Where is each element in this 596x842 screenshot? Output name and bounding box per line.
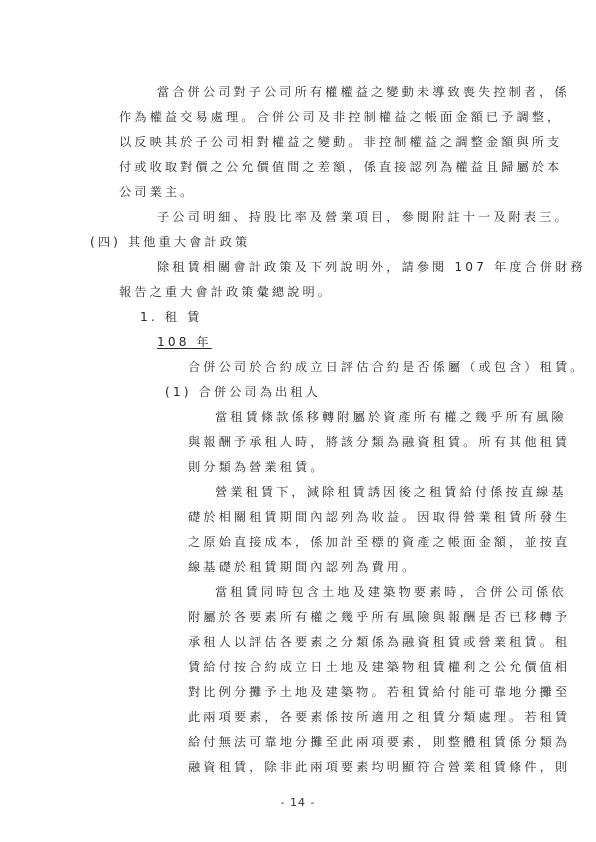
year-heading: 108 年 — [157, 334, 212, 350]
paragraph-7-line-5: 對比例分攤予土地及建築物。若租賃給付能可靠地分攤至 — [188, 684, 570, 700]
paragraph-1-line-4: 付或收取對價之公允價值間之差額，係直接認列為權益且歸屬於本 — [119, 159, 562, 175]
paragraph-5-line-3: 則分類為營業租賃。 — [188, 459, 326, 475]
paragraph-7-line-1: 當租賃同時包含土地及建築物要素時，合併公司係依 — [215, 584, 567, 600]
paragraph-5-line-2: 與報酬予承租人時，將該分類為融資租賃。所有其他租賃 — [188, 434, 570, 450]
paragraph-7-line-4: 賃給付按合約成立日土地及建築物租賃權利之公允價值相 — [188, 659, 570, 675]
paragraph-7-line-3: 承租人以評估各要素之分類係為融資租賃或營業租賃。租 — [188, 634, 570, 650]
page-number: - 14 - — [0, 796, 596, 809]
paragraph-3-line-2: 報告之重大會計政策彙總說明。 — [119, 284, 333, 300]
paragraph-6-line-1: 營業租賃下，減除租賃誘因後之租賃給付係按直線基 — [215, 484, 567, 500]
paragraph-6-line-2: 礎於相關租賃期間內認列為收益。因取得營業租賃所發生 — [188, 509, 570, 525]
paragraph-7-line-8: 融資租賃，除非此兩項要素均明顯符合營業租賃條件，則 — [188, 759, 570, 775]
section-heading: (四) 其他重大會計政策 — [90, 234, 250, 250]
paragraph-1-line-1: 當合併公司對子公司所有權權益之變動未導致喪失控制者，係 — [157, 84, 570, 100]
paragraph-4: 合併公司於合約成立日評估合約是否係屬（或包含）租賃。 — [188, 359, 585, 375]
document-page: 當合併公司對子公司所有權權益之變動未導致喪失控制者，係 作為權益交易處理。合併公… — [0, 0, 596, 842]
subitem-1-heading: (1) 合併公司為出租人 — [165, 384, 321, 400]
item-1-heading: 1. 租 賃 — [140, 309, 202, 325]
paragraph-3-line-1: 除租賃相關會計政策及下列說明外，請參閱 107 年度合併財務 — [157, 259, 586, 275]
paragraph-7-line-6: 此兩項要素，各要素係按所適用之租賃分類處理。若租賃 — [188, 709, 570, 725]
paragraph-6-line-4: 線基礎於租賃期間內認列為費用。 — [188, 559, 417, 575]
paragraph-1-line-2: 作為權益交易處理。合併公司及非控制權益之帳面金額已予調整， — [119, 109, 562, 125]
paragraph-2: 子公司明細、持股比率及營業項目，參閱附註十一及附表三。 — [157, 209, 570, 225]
paragraph-7-line-2: 附屬於各要素所有權之幾乎所有風險與報酬是否已移轉予 — [188, 609, 570, 625]
paragraph-5-line-1: 當租賃條款係移轉附屬於資產所有權之幾乎所有風險 — [215, 409, 567, 425]
paragraph-6-line-3: 之原始直接成本，係加計至標的資產之帳面金額，並按直 — [188, 534, 570, 550]
paragraph-7-line-7: 給付無法可靠地分攤至此兩項要素，則整體租賃係分類為 — [188, 734, 570, 750]
paragraph-1-line-5: 公司業主。 — [119, 184, 195, 200]
paragraph-1-line-3: 以反映其於子公司相對權益之變動。非控制權益之調整金額與所支 — [119, 134, 562, 150]
